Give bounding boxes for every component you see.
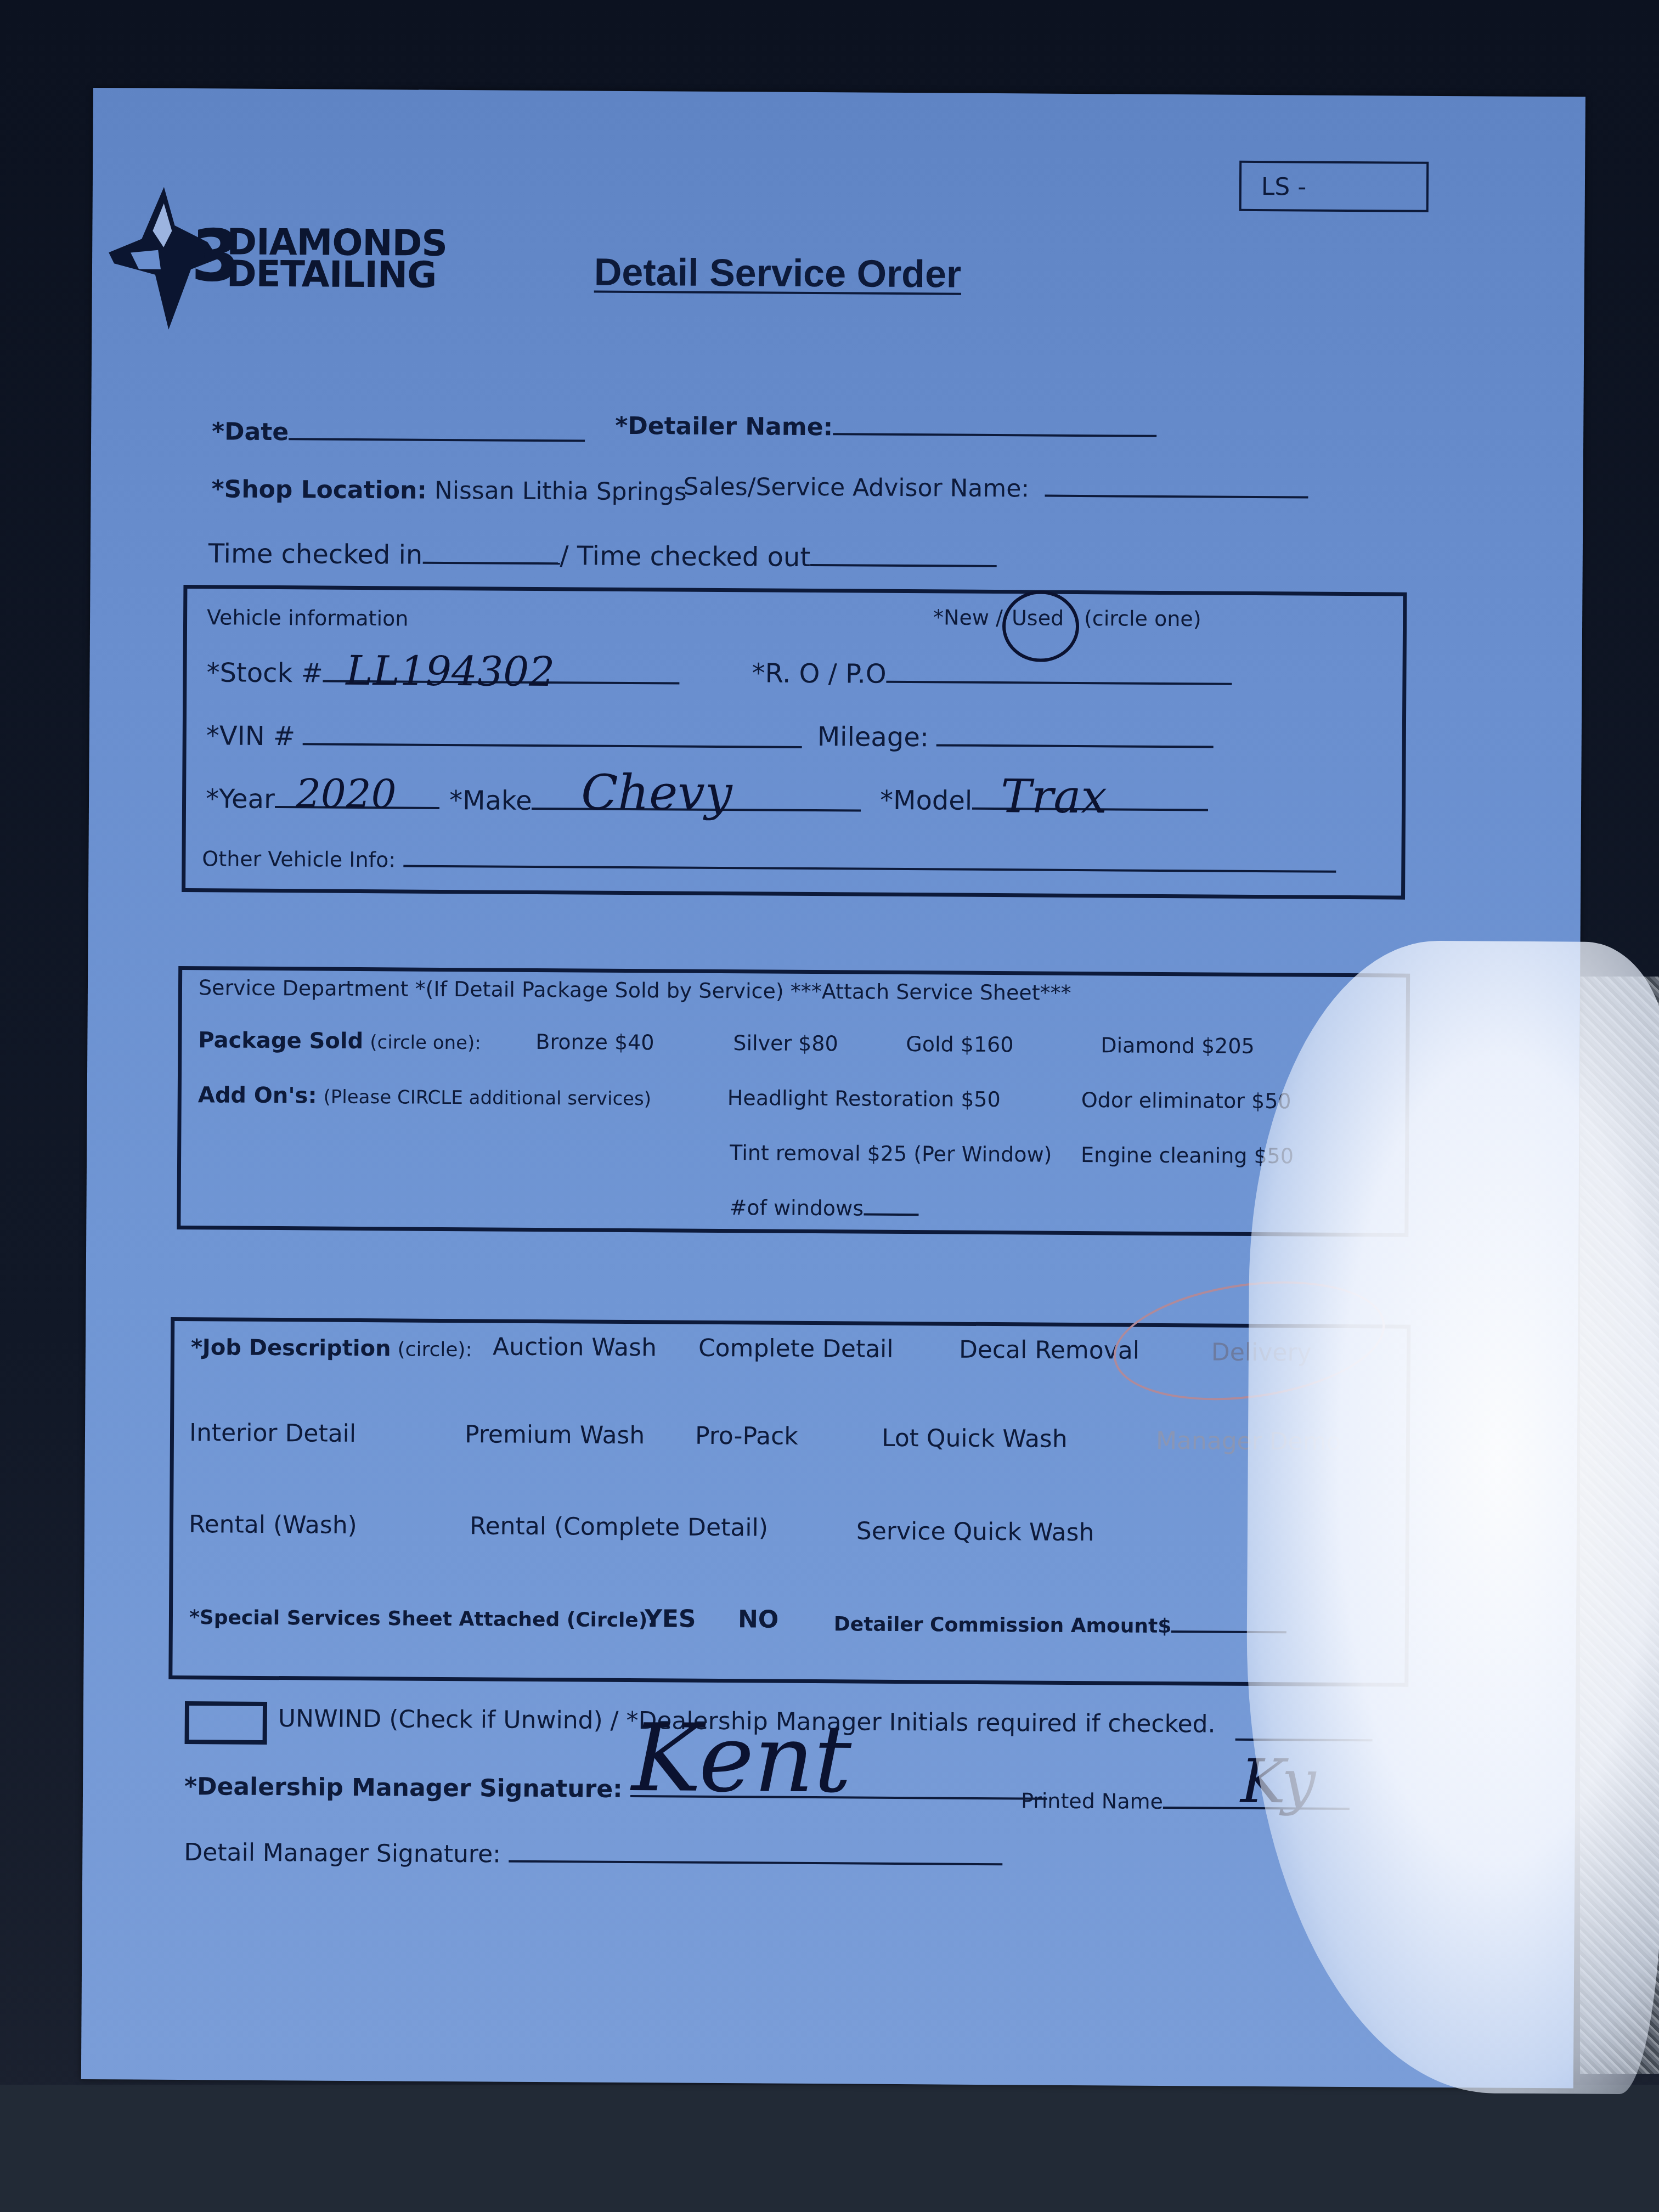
detailer-name-field[interactable]: *Detailer Name: [615,412,1156,443]
shop-location-value: Nissan Lithia Springs [435,477,687,506]
windows-count-field[interactable]: #of windows [729,1195,918,1221]
job-service-quick-wash[interactable]: Service Quick Wash [856,1517,1094,1547]
detail-manager-signature-field[interactable]: Detail Manager Signature: [184,1838,1002,1871]
make-label: *Make [449,785,532,816]
detailer-commission-label: Detailer Commission Amount$ [834,1613,1172,1638]
year-value: 2020 [296,770,397,817]
company-logo: 3 DIAMONDS DETAILING [108,187,219,332]
ro-po-field[interactable]: *R. O / P.O [752,658,1232,691]
job-rental-complete-detail[interactable]: Rental (Complete Detail) [470,1512,768,1542]
background-surface [0,2085,1659,2212]
package-silver[interactable]: Silver $80 [733,1031,838,1056]
windows-count-label: #of windows [729,1195,864,1220]
vin-label: *VIN # [206,720,296,752]
delivery-circle-mark [1106,1266,1392,1415]
job-description-section: *Job Description (circle): Auction Wash … [168,1317,1410,1687]
job-description-label-group: *Job Description (circle): [191,1335,472,1362]
job-pro-pack[interactable]: Pro-Pack [695,1422,798,1451]
printed-name-label: Printed Name [1021,1788,1163,1814]
ls-label: LS - [1261,173,1307,201]
page-title: Detail Service Order [594,250,962,296]
job-description-hint: (circle): [397,1338,472,1361]
addon-tint-removal[interactable]: Tint removal $25 (Per Window) [730,1141,1052,1167]
used-circle-mark [1002,590,1080,662]
package-sold-label-group: Package Sold (circle one): [198,1028,481,1054]
job-description-label: *Job Description [191,1335,391,1361]
special-services-yes[interactable]: YES [645,1605,696,1633]
addon-engine-cleaning[interactable]: Engine cleaning $50 [1081,1143,1294,1168]
printed-name-value: Ky [1240,1746,1316,1817]
addon-odor-eliminator[interactable]: Odor eliminator $50 [1081,1088,1291,1113]
package-diamond[interactable]: Diamond $205 [1101,1033,1255,1058]
mileage-label: Mileage: [817,721,929,753]
circle-one-hint: (circle one) [1084,606,1201,631]
time-checked-field[interactable]: Time checked in/ Time checked out [208,538,997,574]
vin-field[interactable]: *VIN # [206,720,803,755]
job-manager-demo[interactable]: Manager Demo [1156,1427,1341,1456]
addons-label-group: Add On's: (Please CIRCLE additional serv… [198,1082,652,1110]
date-label: *Date [212,417,289,446]
time-out-label: / Time checked out [560,540,810,573]
job-lot-quick-wash[interactable]: Lot Quick Wash [882,1424,1068,1453]
job-decal-removal[interactable]: Decal Removal [959,1336,1139,1365]
service-department-heading: Service Department *(If Detail Package S… [199,975,1071,1005]
addon-headlight-restoration[interactable]: Headlight Restoration $50 [727,1086,1001,1111]
shop-location-label: *Shop Location: [211,475,427,504]
background-seat-fabric [1580,977,1659,2074]
job-premium-wash[interactable]: Premium Wash [465,1420,645,1449]
time-in-label: Time checked in [208,538,423,570]
package-bronze[interactable]: Bronze $40 [535,1030,654,1054]
vehicle-section-label: Vehicle information [207,605,409,630]
logo-line2: DETAILING [227,257,437,291]
date-field[interactable]: *Date [212,417,585,448]
mileage-field[interactable]: Mileage: [817,721,1214,754]
model-value: Trax [1001,769,1107,823]
ls-number-box[interactable]: LS - [1239,161,1429,212]
detailer-name-label: *Detailer Name: [615,412,833,441]
stock-label: *Stock # [206,657,323,689]
model-label: *Model [880,785,972,816]
package-sold-label: Package Sold [198,1028,363,1054]
unwind-initials-line[interactable] [1235,1738,1373,1742]
dealership-signature-field[interactable]: *Dealership Manager Signature: [184,1773,1047,1806]
make-value: Chevy [581,764,732,821]
addons-label: Add On's: [198,1082,317,1108]
shop-location-field: *Shop Location: Nissan Lithia Springs [211,475,686,506]
unwind-checkbox[interactable] [185,1701,267,1745]
detail-manager-signature-label: Detail Manager Signature: [184,1838,501,1869]
stock-value: LL194302 [346,647,555,696]
package-gold[interactable]: Gold $160 [906,1032,1013,1057]
ro-po-label: *R. O / P.O [752,658,886,689]
dealership-signature-label: *Dealership Manager Signature: [184,1773,623,1803]
addons-hint: (Please CIRCLE additional services) [323,1086,651,1110]
job-complete-detail[interactable]: Complete Detail [698,1334,894,1363]
service-order-form: 3 DIAMONDS DETAILING Detail Service Orde… [81,88,1585,2089]
other-vehicle-info-label: Other Vehicle Info: [202,847,396,872]
service-department-section: Service Department *(If Detail Package S… [177,966,1410,1237]
dealership-signature-value: Kent [631,1704,852,1814]
advisor-name-label: Sales/Service Advisor Name: [683,473,1029,503]
job-rental-wash[interactable]: Rental (Wash) [189,1510,357,1539]
job-auction-wash[interactable]: Auction Wash [493,1333,657,1362]
new-option[interactable]: *New / [933,605,1003,630]
year-label: *Year [206,783,275,815]
job-interior-detail[interactable]: Interior Detail [189,1419,356,1448]
other-vehicle-info-field[interactable]: Other Vehicle Info: [202,847,1336,878]
detailer-commission-field[interactable]: Detailer Commission Amount$ [834,1613,1287,1638]
special-services-no[interactable]: NO [738,1605,779,1633]
package-sold-hint: (circle one): [370,1031,481,1054]
vehicle-information-section: Vehicle information *New / Used (circle … [182,585,1407,900]
special-services-label: *Special Services Sheet Attached (Circle… [189,1606,656,1632]
advisor-name-field[interactable]: Sales/Service Advisor Name: [683,473,1308,505]
